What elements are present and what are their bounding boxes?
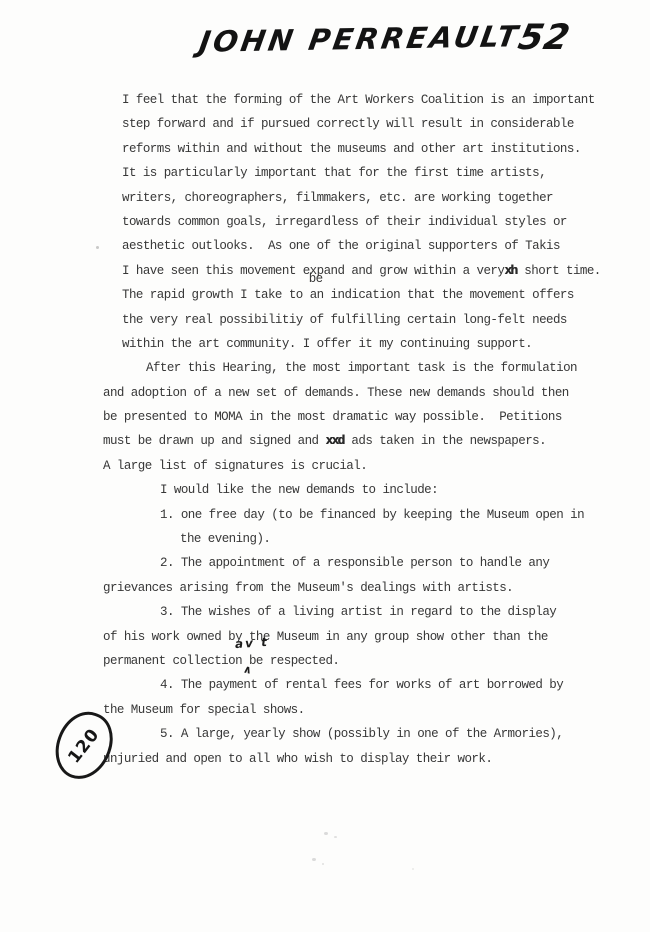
typed-line: the evening). (0, 527, 650, 551)
handwritten-author-name: JOHN PERREAULT (197, 19, 523, 59)
typed-line: towards common goals, irregardless of th… (0, 210, 650, 234)
typed-line: step forward and if pursued correctly wi… (0, 112, 650, 136)
typed-line: of his work owned by the Museum in any g… (0, 625, 650, 649)
document-page: JOHN PERREAULT 52 I feel that the formin… (0, 0, 650, 932)
typed-line: I feel that the forming of the Art Worke… (0, 88, 650, 112)
typed-line list-item-2: 2. The appointment of a responsible pers… (0, 551, 650, 575)
scan-smudge (312, 858, 316, 861)
typed-line: I would like the new demands to include: (0, 478, 650, 502)
scan-smudge (96, 246, 99, 249)
typed-line: within the art community. I offer it my … (0, 332, 650, 356)
overtype-strikeout: xxd (325, 434, 343, 448)
typed-line: must be drawn up and signed and xxd ads … (0, 429, 650, 453)
scan-smudge (334, 836, 337, 838)
typed-text: short time. (517, 264, 600, 278)
typed-text: must be drawn up and signed and (103, 434, 325, 448)
scan-smudge (324, 832, 328, 835)
typed-text: The rapid growth I take to (122, 288, 310, 302)
typed-line: writers, choreographers, filmmakers, etc… (0, 186, 650, 210)
stamp-number: 120 (64, 724, 103, 767)
typed-line list-item-3: 3. The wishes of a living artist in rega… (0, 600, 650, 624)
typed-text: ads taken in the newspapers. (344, 434, 546, 448)
typed-line: It is particularly important that for th… (0, 161, 650, 185)
typed-line: and adoption of a new set of demands. Th… (0, 381, 650, 405)
handwritten-insertion: av t (234, 630, 269, 657)
typed-line list-item-4: 4. The payment of rental fees for works … (0, 673, 650, 697)
scan-smudge (412, 868, 414, 870)
typed-line: grievances arising from the Museum's dea… (0, 576, 650, 600)
typed-line: permanent collection av t∧be respected. (0, 649, 650, 673)
overtype-strikeout: xh (504, 264, 516, 278)
typed-line: The rapid growth I take to bean indicati… (0, 283, 650, 307)
typed-line: reforms within and without the museums a… (0, 137, 650, 161)
typed-line: be presented to MOMA in the most dramati… (0, 405, 650, 429)
typed-line: I have seen this movement expand and gro… (0, 259, 650, 283)
inserted-word: be (309, 267, 323, 291)
typed-text: be respected. (249, 654, 339, 668)
typed-text: permanent collection (103, 654, 249, 668)
typed-line: After this Hearing, the most important t… (0, 356, 650, 380)
typed-line list-item-1: 1. one free day (to be financed by keepi… (0, 503, 650, 527)
handwritten-header: JOHN PERREAULT 52 (0, 0, 650, 70)
typed-text: an indication that the movement offers (310, 288, 574, 302)
typed-line: the very real possibilitiy of fulfilling… (0, 308, 650, 332)
typed-line: A large list of signatures is crucial. (0, 454, 650, 478)
handwritten-page-number: 52 (515, 18, 574, 58)
typed-text-block: I feel that the forming of the Art Worke… (0, 88, 650, 771)
scan-smudge (322, 863, 324, 865)
